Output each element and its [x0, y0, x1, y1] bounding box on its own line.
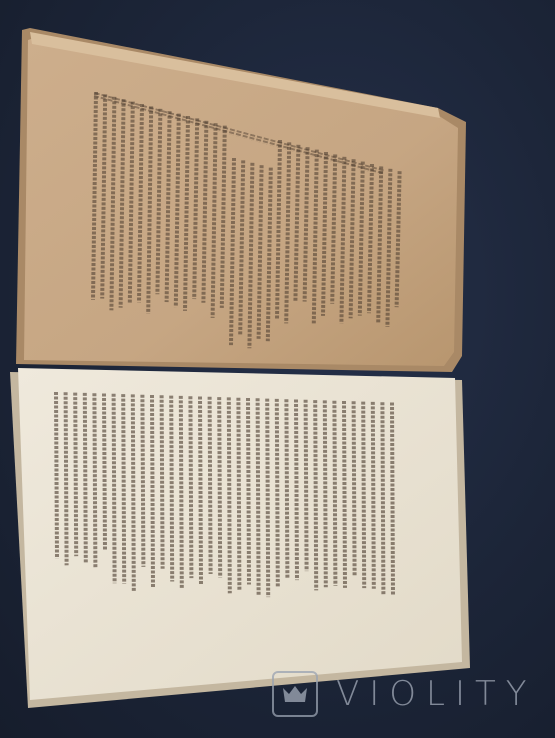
book-illustration	[0, 0, 555, 738]
watermark-brand: VIOLITY	[336, 674, 537, 714]
crown-icon	[272, 671, 318, 717]
photo-scene: VIOLITY	[0, 0, 555, 738]
violity-watermark: VIOLITY	[272, 668, 537, 720]
